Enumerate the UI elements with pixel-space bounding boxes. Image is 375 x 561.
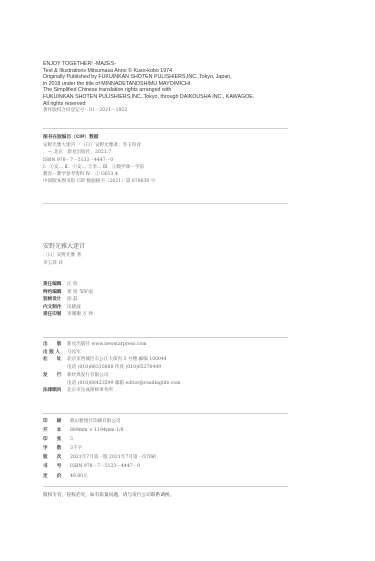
printing-label: 字 数 xyxy=(43,444,70,453)
printing-block: 印 刷 鹤山雅图仕印刷有限公司 开 本 889mm × 1194mm 1/8 印… xyxy=(43,417,156,481)
printing-label: 印 刷 xyxy=(43,417,70,426)
credit-row: 特约编辑 黄 锐 邹好南 xyxy=(43,289,93,297)
cip-line: Ⅰ．①安… Ⅱ．①安… ②李… Ⅲ．①数学课－学前 xyxy=(43,164,155,171)
copyright-line: The Simplified Chinese translation right… xyxy=(43,87,254,94)
credit-label: 责任编辑 xyxy=(43,281,67,289)
credit-label: 责任印制 xyxy=(43,311,67,319)
printing-label: 书 号 xyxy=(43,462,70,471)
printing-row: 开 本 889mm × 1194mm 1/8 xyxy=(43,426,156,435)
divider xyxy=(43,337,288,338)
publisher-label: 法律顾问 xyxy=(43,387,67,395)
printing-value: 鹤山雅图仕印刷有限公司 xyxy=(70,417,121,426)
publisher-label: 出 版 xyxy=(43,341,67,349)
credit-row: 责任印制 李珊珊 万 坤 xyxy=(43,311,93,319)
cip-line: 中国版本图书馆 CIP 数据核字（2021）第 079630 号 xyxy=(43,178,155,185)
printing-row: 定 价 49.80元 xyxy=(43,472,156,481)
credits-block: 责任编辑 汪 欣 特约编辑 黄 锐 邹好南 装帧设计 徐 磊 内文制作 田晓波 … xyxy=(43,281,93,319)
publisher-row: 电话 (010)88310888 传真 (010)65270449 xyxy=(43,364,181,372)
copyright-line: in 2018 under the title of MINNADETANOSH… xyxy=(43,81,254,88)
cip-line: 教育－教学参考资料 Ⅳ．① G613.4 xyxy=(43,171,155,178)
cip-heading: 图书在版编目（CIP）数据 xyxy=(43,133,155,142)
credit-label: 装帧设计 xyxy=(43,296,67,304)
publisher-value: 新星出版社 www.newstarpress.com xyxy=(67,341,147,349)
publisher-value: 电话 (010)88310888 传真 (010)65270449 xyxy=(67,364,161,372)
copyright-en-block: ENJOY TOGETHER! -MAZES- Text & Illustrat… xyxy=(43,61,254,114)
printing-label: 印 张 xyxy=(43,435,70,444)
credit-value: 田晓波 xyxy=(67,304,81,312)
printing-value: 3千字 xyxy=(70,444,82,453)
printing-row: 印 刷 鹤山雅图仕印刷有限公司 xyxy=(43,417,156,426)
printing-row: 字 数 3千字 xyxy=(43,444,156,453)
cip-line: 安野光雅大迷宫 ／（日）安野光雅著；李玉珍译 xyxy=(43,142,155,149)
credit-row: 装帧设计 徐 磊 xyxy=(43,296,93,304)
publisher-row: 法律顾问 北京市岳成律师事务所 xyxy=(43,387,181,395)
credit-value: 汪 欣 xyxy=(67,281,78,289)
book-author: ［日］安野光雅 著 xyxy=(43,252,85,260)
credit-label: 特约编辑 xyxy=(43,289,67,297)
divider xyxy=(43,413,288,414)
book-info: 安野光雅大迷宫 ［日］安野光雅 著 李玉珍 译 xyxy=(43,242,85,268)
publisher-label xyxy=(43,364,67,372)
credit-label: 内文制作 xyxy=(43,304,67,312)
publisher-value: 马汝军 xyxy=(67,349,81,357)
divider xyxy=(43,203,288,204)
copyright-line: Text & Illustrations Mitsumasa Anno © Ku… xyxy=(43,68,254,75)
printing-row: 书 号 ISBN 978－7－5133－4447－0 xyxy=(43,462,156,471)
credit-value: 黄 锐 邹好南 xyxy=(67,289,93,297)
printing-row: 版 次 2021年7月第一版 2021年7月第一次印刷 xyxy=(43,453,156,462)
publisher-row: 出 版 新星出版社 www.newstarpress.com xyxy=(43,341,181,349)
cip-block: 图书在版编目（CIP）数据 安野光雅大迷宫 ／（日）安野光雅著；李玉珍译 ．— … xyxy=(43,133,155,186)
book-title: 安野光雅大迷宫 xyxy=(43,242,85,252)
printing-value: 3 xyxy=(70,435,73,444)
printing-value: 889mm × 1194mm 1/8 xyxy=(70,426,124,435)
credit-value: 李珊珊 万 坤 xyxy=(67,311,93,319)
copyright-line: ENJOY TOGETHER! -MAZES- xyxy=(43,61,254,68)
cip-line: ISBN 978－7－5133－4447－0 xyxy=(43,157,155,164)
credit-row: 内文制作 田晓波 xyxy=(43,304,93,312)
printing-label: 开 本 xyxy=(43,426,70,435)
credit-value: 徐 磊 xyxy=(67,296,78,304)
copyright-line: All rights reserved xyxy=(43,101,254,108)
printing-value: 2021年7月第一版 2021年7月第一次印刷 xyxy=(70,453,156,462)
divider xyxy=(43,486,288,487)
contract-registration: 著作版权合同登记号：01－2021－1922 xyxy=(43,107,254,114)
publisher-row: 社 址 北京市西城区车公庄大街丙 3 号楼 邮编 100044 xyxy=(43,356,181,364)
publisher-value: 北京市岳成律师事务所 xyxy=(67,387,113,395)
publisher-row: 出 版 人 马汝军 xyxy=(43,349,181,357)
publisher-label: 出 版 人 xyxy=(43,349,67,357)
publisher-value: 电话 (010)68423599 邮箱 editor@readinglife.c… xyxy=(67,380,181,388)
printing-value: 49.80元 xyxy=(70,472,88,481)
printing-label: 定 价 xyxy=(43,472,70,481)
publisher-label: 发 行 xyxy=(43,372,67,380)
printing-row: 印 张 3 xyxy=(43,435,156,444)
printing-label: 版 次 xyxy=(43,453,70,462)
publisher-value: 北京市西城区车公庄大街丙 3 号楼 邮编 100044 xyxy=(67,356,167,364)
copyright-line: FUKUINKAN SHOTEN PULISHIERS,INC.,Tokyo, … xyxy=(43,94,254,101)
divider xyxy=(43,128,288,129)
publisher-label: 社 址 xyxy=(43,356,67,364)
publisher-block: 出 版 新星出版社 www.newstarpress.com 出 版 人 马汝军… xyxy=(43,341,181,395)
publisher-label xyxy=(43,380,67,388)
publisher-row: 发 行 新经典发行有限公司 xyxy=(43,372,181,380)
rights-notice: 版权专有，侵权必究，如有质量问题，请与发行公司联系调换。 xyxy=(43,492,174,498)
book-translator: 李玉珍 译 xyxy=(43,260,85,268)
credit-row: 责任编辑 汪 欣 xyxy=(43,281,93,289)
publisher-row: 电话 (010)68423599 邮箱 editor@readinglife.c… xyxy=(43,380,181,388)
cip-line: ．— 北京：新星出版社，2021.7 xyxy=(43,149,155,156)
printing-value: ISBN 978－7－5133－4447－0 xyxy=(70,462,140,471)
copyright-line: Originally Published by FUKUINKAN SHOTEN… xyxy=(43,74,254,81)
publisher-value: 新经典发行有限公司 xyxy=(67,372,108,380)
